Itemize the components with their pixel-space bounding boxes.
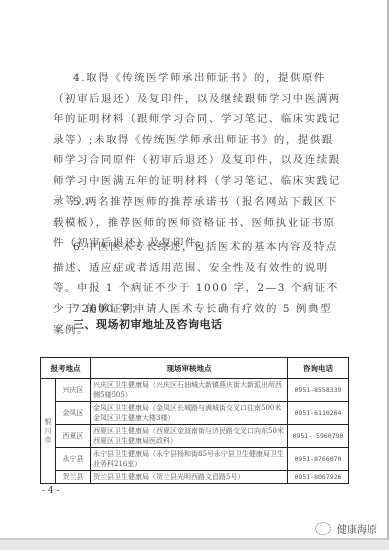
district-cell: 永宁县 [56,448,91,471]
place-cell: 贺兰县卫生健康局（贺兰县光明西路文昌路5号） [91,471,288,484]
phone-cell: 0951-8067926 [288,471,349,484]
district-cell: 贺兰县 [56,471,91,484]
document-page: 4.取得《传统医学师承出师证书》的，提供原件（初审后退还）及复印件，以及继续跟师… [0,0,389,540]
watermark-text: 健康海原 [337,521,377,536]
table-row: 银川市 兴庆区 兴庆区卫生健康局（兴庆区石油城大新镇燕庆街大新派出所西侧5楼50… [41,379,349,402]
table-row: 永宁县 永宁县卫生健康局（永宁县杨和街85号永宁县卫生健康局卫生业务科216室）… [41,448,349,471]
page-number: - 4 - [42,486,60,496]
table-row: 西夏区 西夏区卫生健康局（西夏区金波南街与济民路交叉口向东50米西夏区卫生健康局… [41,425,349,448]
place-cell: 永宁县卫生健康局（永宁县杨和街85号永宁县卫生健康局卫生业务科216室） [91,448,288,471]
district-cell: 西夏区 [56,425,91,448]
header-review-location: 现场审核地点 [91,358,288,379]
paragraph-item-4: 4.取得《传统医学师承出师证书》的，提供原件（初审后退还）及复印件，以及继续跟师… [53,68,343,212]
place-cell: 西夏区卫生健康局（西夏区金波南街与济民路交叉口向东50米西夏区卫生健康局医政科） [91,425,288,448]
address-table: 报考地点 现场审核地点 咨询电话 银川市 兴庆区 兴庆区卫生健康局（兴庆区石油城… [40,357,349,484]
table-header-row: 报考地点 现场审核地点 咨询电话 [41,358,349,379]
city-cell: 银川市 [41,379,56,484]
phone-cell: 0951-8766070 [288,448,349,471]
wechat-icon [315,522,331,535]
table-row: 金凤区 金凤区卫生健康局（金凤区长城路与满城街交叉口往南500米金凤区卫生健康大… [41,402,349,425]
district-cell: 兴庆区 [56,379,91,402]
phone-cell: 0951-6110264 [288,402,349,425]
header-exam-location: 报考地点 [41,358,91,379]
place-cell: 金凤区卫生健康局（金凤区长城路与满城街交叉口往南500米金凤区卫生健康大楼3楼） [91,402,288,425]
place-cell: 兴庆区卫生健康局（兴庆区石油城大新镇燕庆街大新派出所西侧5楼505） [91,379,288,402]
phone-cell: 0951-8558339 [288,379,349,402]
watermark: 健康海原 [315,521,377,536]
table-row: 贺兰县 贺兰县卫生健康局（贺兰县光明西路文昌路5号） 0951-8067926 [41,471,349,484]
header-phone: 咨询电话 [288,358,349,379]
phone-cell: 0951- 5960790 [288,425,349,448]
district-cell: 金凤区 [56,402,91,425]
section-heading: 三、现场初审地址及咨询电话 [73,316,223,332]
